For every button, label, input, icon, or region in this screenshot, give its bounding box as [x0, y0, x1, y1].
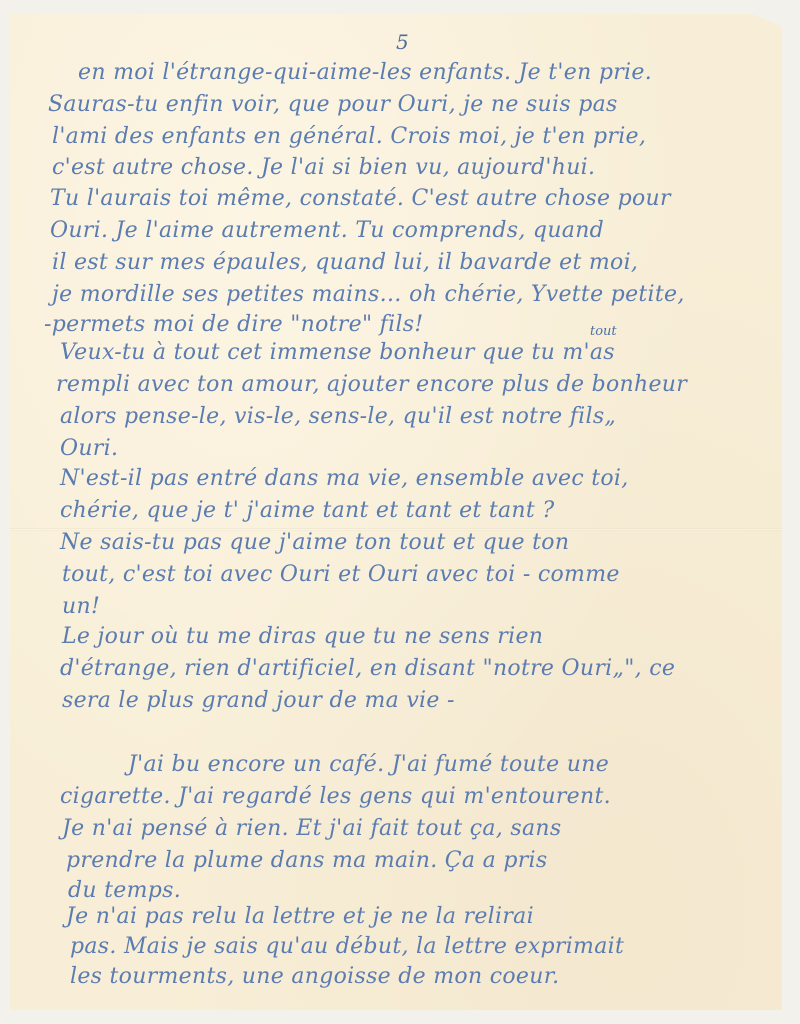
letter-line-2: Sauras-tu enfin voir, que pour Ouri, je …: [48, 92, 618, 117]
letter-line-21: sera le plus grand jour de ma vie -: [62, 688, 455, 713]
letter-line-19: Le jour où tu me diras que tu ne sens ri…: [62, 624, 543, 649]
letter-line-17: tout, c'est toi avec Ouri et Ouri avec t…: [62, 562, 620, 587]
letter-line-11: rempli avec ton amour, ajouter encore pl…: [56, 372, 687, 397]
page-number: 5: [396, 30, 409, 54]
letter-line-29: les tourments, une angoisse de mon coeur…: [70, 964, 559, 989]
letter-line-18: un!: [62, 594, 100, 619]
letter-line-8: je mordille ses petites mains… oh chérie…: [52, 282, 685, 307]
letter-line-14: N'est-il pas entré dans ma vie, ensemble…: [60, 466, 629, 491]
letter-line-26: du temps.: [68, 878, 181, 903]
letter-line-3: l'ami des enfants en général. Crois moi,…: [52, 124, 646, 149]
letter-line-6: Ouri. Je l'aime autrement. Tu comprends,…: [50, 218, 604, 243]
letter-line-23: cigarette. J'ai regardé les gens qui m'e…: [60, 784, 611, 809]
letter-line-9: -permets moi de dire "notre" fils!: [44, 312, 424, 337]
letter-line-20: d'étrange, rien d'artificiel, en disant …: [60, 656, 675, 681]
letter-line-22: J'ai bu encore un café. J'ai fumé toute …: [128, 752, 609, 777]
letter-line-28: pas. Mais je sais qu'au début, la lettre…: [70, 934, 624, 959]
letter-line-15: chérie, que je t' j'aime tant et tant et…: [60, 498, 554, 523]
letter-line-27: Je n'ai pas relu la lettre et je ne la r…: [66, 904, 534, 929]
letter-line-24: Je n'ai pensé à rien. Et j'ai fait tout …: [62, 816, 561, 841]
letter-line-5: Tu l'aurais toi même, constaté. C'est au…: [50, 186, 671, 211]
letter-line-10: Veux-tu à tout cet immense bonheur que t…: [60, 340, 615, 365]
letter-line-25: prendre la plume dans ma main. Ça a pris: [66, 848, 547, 873]
inserted-word-tout: tout: [590, 324, 617, 339]
letter-line-16: Ne sais-tu pas que j'aime ton tout et qu…: [60, 530, 569, 555]
letter-line-12: alors pense-le, vis-le, sens-le, qu'il e…: [60, 404, 616, 429]
letter-line-1: en moi l'étrange-qui-aime-les enfants. J…: [78, 60, 652, 85]
letter-line-7: il est sur mes épaules, quand lui, il ba…: [52, 250, 638, 275]
letter-line-4: c'est autre chose. Je l'ai si bien vu, a…: [52, 155, 595, 180]
letter-line-13: Ouri.: [60, 436, 118, 461]
